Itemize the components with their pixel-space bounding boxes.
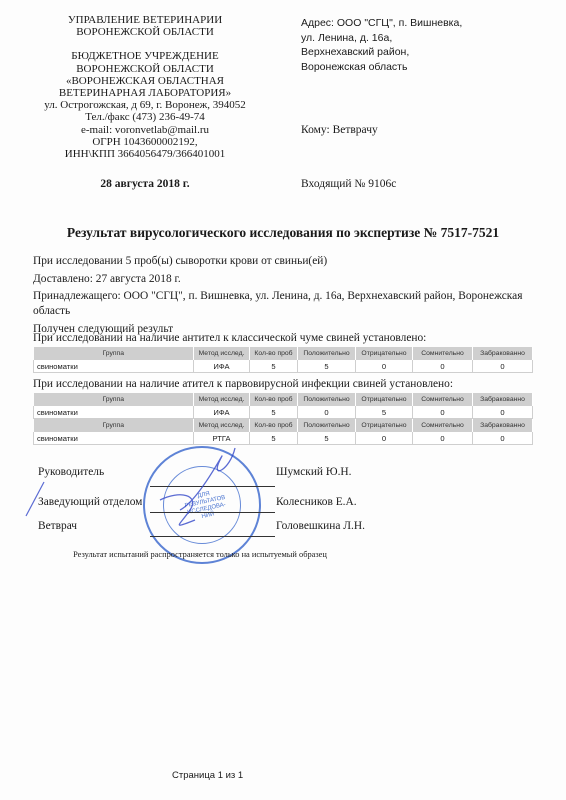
table-row: свиноматки РТГА 5 5 0 0 0 (34, 432, 533, 445)
document-body: При исследовании 5 проб(ы) сыворотки кро… (33, 254, 543, 340)
table-row: свиноматки ИФА 5 0 5 0 0 (34, 406, 533, 419)
validity-note: Результат испытаний распространяется тол… (0, 550, 400, 559)
recipient-address-line: Верхнехавский район, (301, 45, 551, 60)
sender-email: e-mail: voronvetlab@mail.ru (20, 124, 270, 136)
initials-mark-icon (22, 480, 52, 520)
signature-role: Ветврач (38, 520, 77, 532)
signature-name: Колесников Е.А. (276, 496, 357, 508)
test-caption-parvo: При исследовании на наличие атител к пар… (33, 378, 453, 390)
col-positive: Положительно (298, 347, 356, 360)
org-line: ВОРОНЕЖСКОЙ ОБЛАСТИ (20, 63, 270, 75)
delivered-text: Доставлено: 27 августа 2018 г. (33, 272, 543, 287)
table-header-row: Группа Метод исслед. Кол-во проб Положит… (34, 393, 533, 406)
authority-line: ВОРОНЕЖСКОЙ ОБЛАСТИ (20, 26, 270, 38)
signature-name: Головешкина Л.Н. (276, 520, 365, 532)
incoming-number: Входящий № 9106с (301, 178, 396, 190)
document-title: Результат вирусологического исследования… (0, 225, 566, 241)
table-row: свиноматки ИФА 5 5 0 0 0 (34, 360, 533, 373)
col-negative: Отрицательно (356, 347, 413, 360)
col-method: Метод исслед. (194, 347, 250, 360)
signature-role: Руководитель (38, 466, 104, 478)
sender-inn: ИНН\КПП 3664056479/366401001 (20, 148, 270, 160)
recipient-address-line: ул. Ленина, д. 16а, (301, 31, 551, 46)
owner-text: Принадлежащего: ООО "СГЦ", п. Вишневка, … (33, 289, 543, 318)
recipient-address: Адрес: ООО "СГЦ", п. Вишневка, ул. Ленин… (301, 16, 551, 74)
org-line: БЮДЖЕТНОЕ УЧРЕЖДЕНИЕ (20, 50, 270, 62)
document-page: УПРАВЛЕНИЕ ВЕТЕРИНАРИИ ВОРОНЕЖСКОЙ ОБЛАС… (0, 0, 566, 800)
test-caption-csf: При исследовании на наличие антител к кл… (33, 332, 426, 344)
results-table-parvo: Группа Метод исслед. Кол-во проб Положит… (33, 393, 533, 445)
handwritten-signature-icon (140, 440, 280, 540)
col-rejected: Забракованно (473, 347, 533, 360)
document-date: 28 августа 2018 г. (20, 178, 270, 190)
sender-phone: Тел./факс (473) 236-49-74 (20, 111, 270, 123)
page-number: Страница 1 из 1 (172, 770, 243, 781)
authority-line: УПРАВЛЕНИЕ ВЕТЕРИНАРИИ (20, 14, 270, 26)
recipient-to: Кому: Ветврачу (301, 124, 378, 136)
results-table-csf: Группа Метод исслед. Кол-во проб Положит… (33, 347, 533, 373)
table-header-row: Группа Метод исслед. Кол-во проб Положит… (34, 419, 533, 433)
col-doubtful: Сомнительно (413, 347, 473, 360)
org-line: ВЕТЕРИНАРНАЯ ЛАБОРАТОРИЯ» (20, 87, 270, 99)
table-header-row: Группа Метод исслед. Кол-во проб Положит… (34, 347, 533, 360)
samples-text: При исследовании 5 проб(ы) сыворотки кро… (33, 254, 543, 269)
signature-name: Шумский Ю.Н. (276, 466, 352, 478)
sender-address: ул. Острогожская, д 69, г. Воронеж, 3940… (20, 99, 270, 111)
col-group: Группа (34, 347, 194, 360)
sender-header: УПРАВЛЕНИЕ ВЕТЕРИНАРИИ ВОРОНЕЖСКОЙ ОБЛАС… (20, 14, 270, 190)
sender-ogrn: ОГРН 1043600002192, (20, 136, 270, 148)
col-count: Кол-во проб (250, 347, 298, 360)
recipient-address-line: Воронежская область (301, 60, 551, 75)
recipient-address-line: Адрес: ООО "СГЦ", п. Вишневка, (301, 16, 551, 31)
signature-role: Заведующий отделом (38, 496, 142, 508)
org-line: «ВОРОНЕЖСКАЯ ОБЛАСТНАЯ (20, 75, 270, 87)
